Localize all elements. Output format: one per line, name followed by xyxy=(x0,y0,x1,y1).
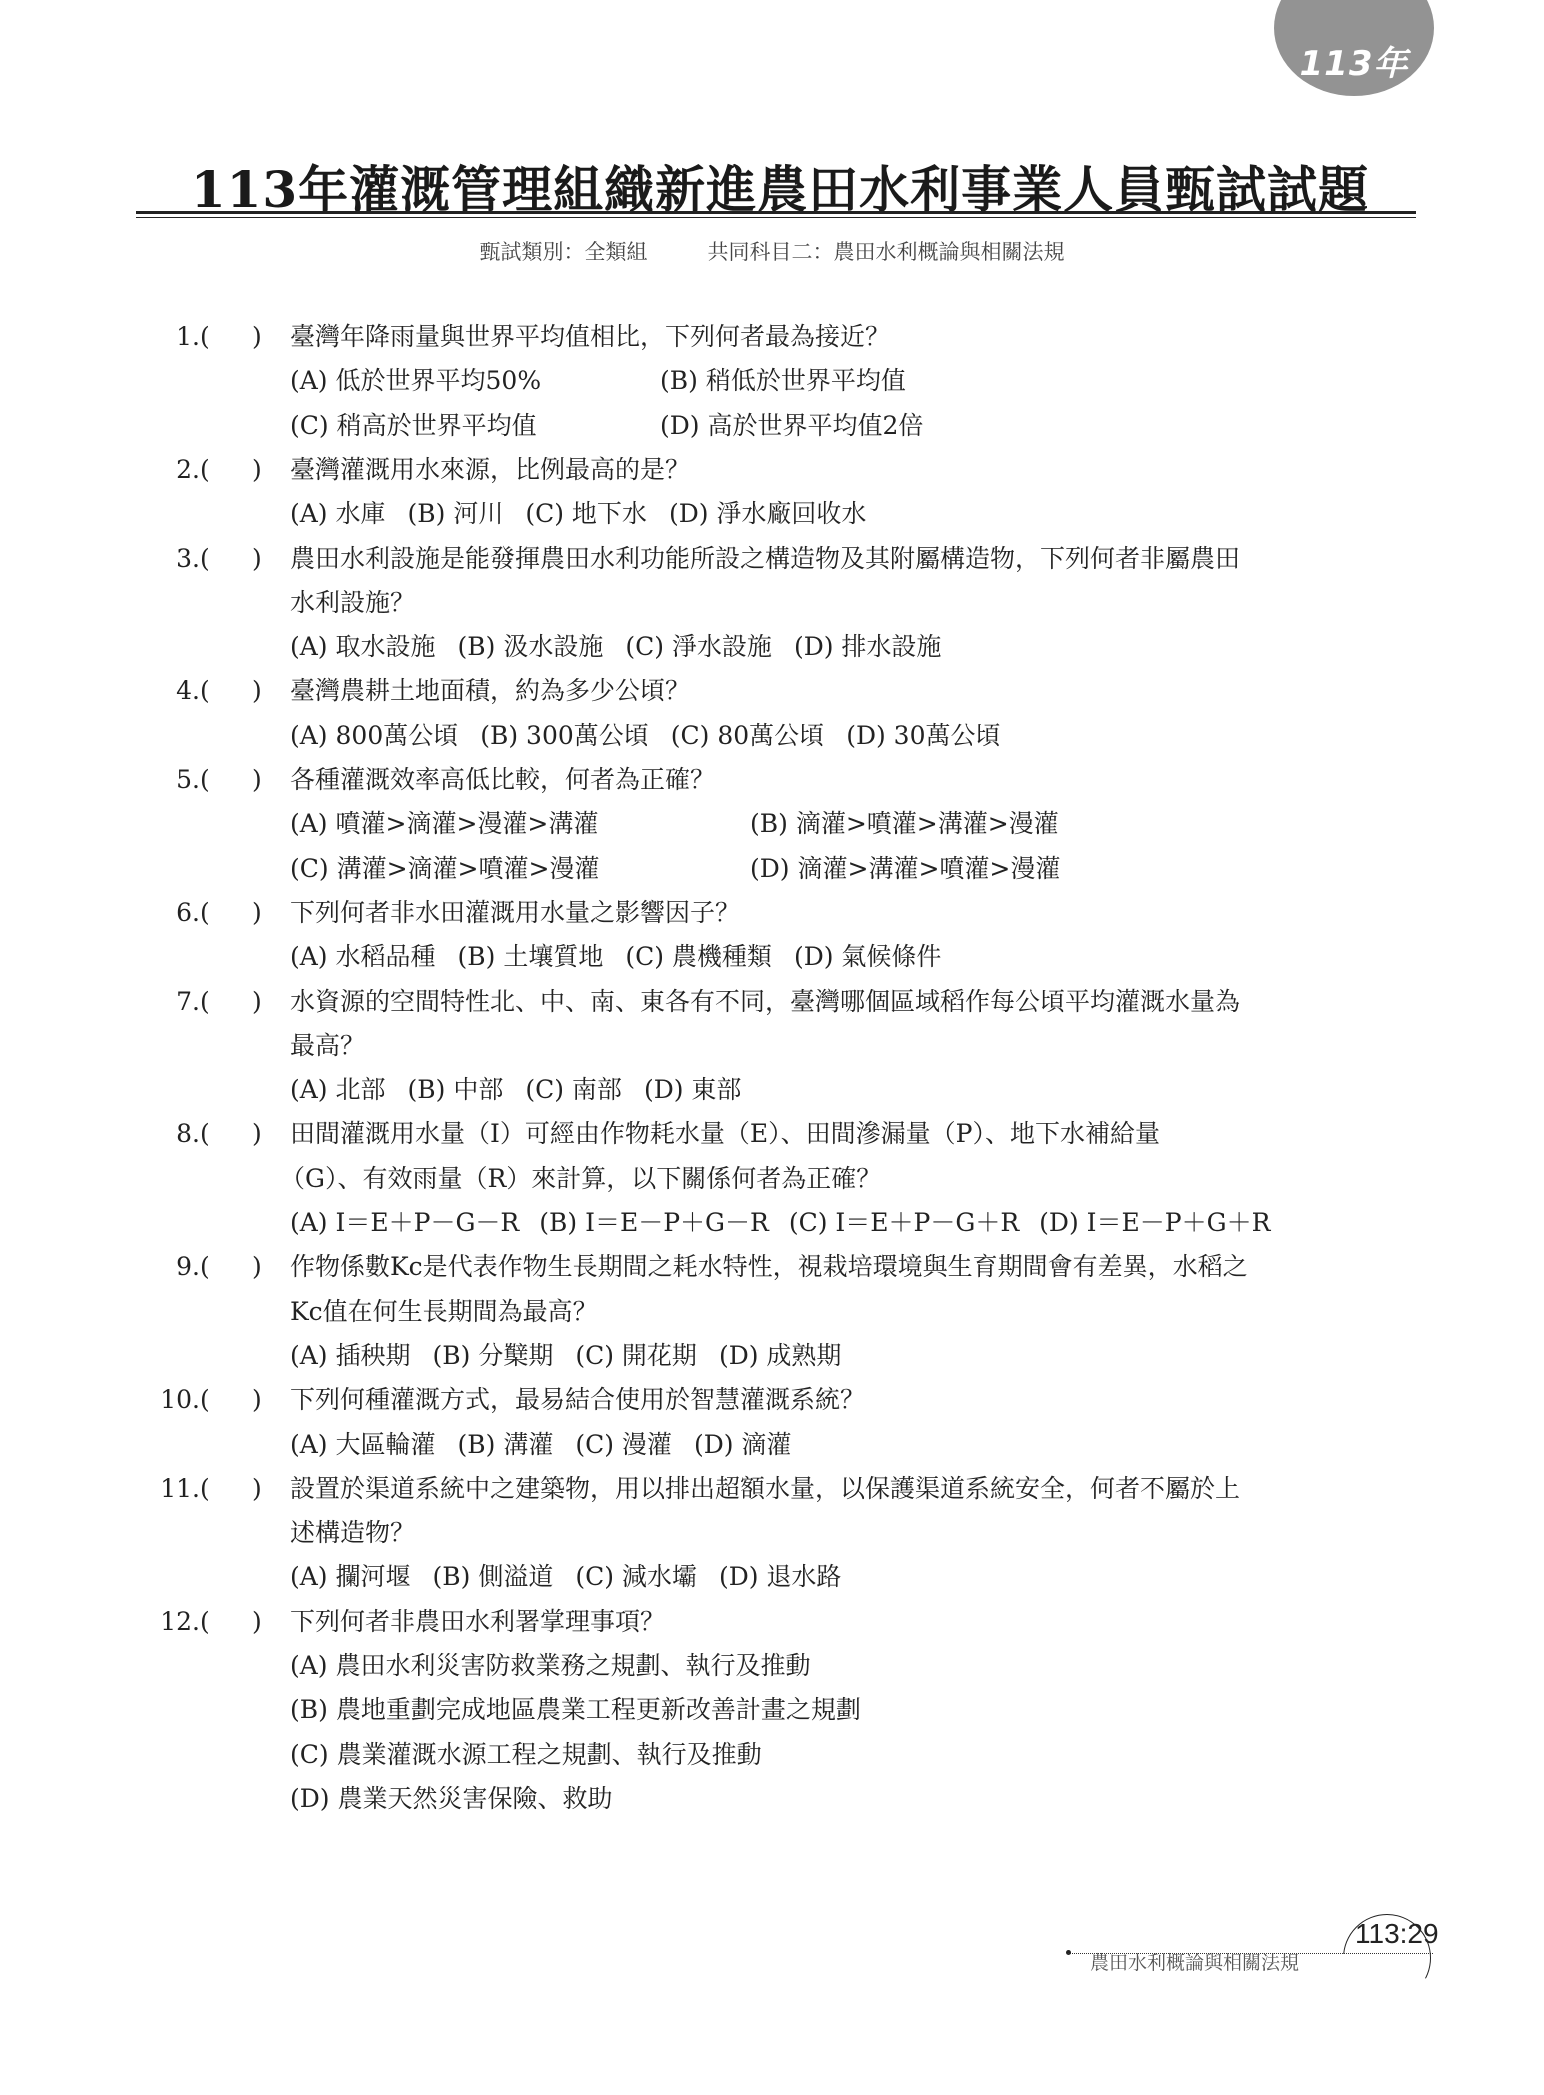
answer-option: (D) 淨水廠回收水 xyxy=(669,499,867,528)
answer-blank-open: ( xyxy=(200,455,210,485)
question-stem: 下列何者非農田水利署掌理事項？ xyxy=(290,1607,665,1637)
question-number: 6. xyxy=(140,898,200,928)
answer-options-row: (A) 水庫(B) 河川(C) 地下水(D) 淨水廠回收水 xyxy=(290,499,888,529)
answer-option: (B) 溝灌 xyxy=(458,1430,554,1459)
question-stem: 田間灌溉用水量（I）可經由作物耗水量（E）、田間滲漏量（P）、地下水補給量 xyxy=(290,1119,1160,1149)
answer-option: (D) 30萬公頃 xyxy=(846,721,1000,750)
answer-option: (C) 開花期 xyxy=(575,1341,697,1370)
answer-options-row: (A) 大區輪灌(B) 溝灌(C) 漫灌(D) 滴灌 xyxy=(290,1430,813,1460)
answer-blank-open: ( xyxy=(200,1474,210,1504)
answer-option: (B) I＝E－P＋G－R xyxy=(539,1208,769,1237)
title-rule-thick xyxy=(136,211,1416,214)
answer-option: (A) 農田水利災害防救業務之規劃、執行及推動 xyxy=(290,1651,811,1680)
question-number: 5. xyxy=(140,765,200,795)
answer-option: (A) 800萬公頃 xyxy=(290,721,458,750)
answer-blank-close: ) xyxy=(252,544,262,574)
page-number: 113:29 xyxy=(1355,1918,1439,1950)
answer-option: (A) 北部 xyxy=(290,1075,386,1104)
answer-blank-open: ( xyxy=(200,676,210,706)
question-number: 2. xyxy=(140,455,200,485)
answer-blank-open: ( xyxy=(200,898,210,928)
answer-option: (B) 土壤質地 xyxy=(458,942,604,971)
answer-option: (D) 滴灌>溝灌>噴灌>漫灌 xyxy=(750,854,1060,884)
answer-option: (B) 300萬公頃 xyxy=(480,721,649,750)
answer-blank-open: ( xyxy=(200,987,210,1017)
answer-options-row: (B) 農地重劃完成地區農業工程更新改善計畫之規劃 xyxy=(290,1695,861,1725)
question-stem: 作物係數Kc是代表作物生長期間之耗水特性，視栽培環境與生育期間會有差異，水稻之 xyxy=(290,1252,1248,1282)
answer-option: (A) I＝E＋P－G－R xyxy=(290,1208,519,1237)
question-stem: 臺灣年降雨量與世界平均值相比，下列何者最為接近？ xyxy=(290,322,890,352)
answer-blank-close: ) xyxy=(252,898,262,928)
question-number: 9. xyxy=(140,1252,200,1282)
answer-blank-open: ( xyxy=(200,765,210,795)
answer-blank-close: ) xyxy=(252,676,262,706)
answer-options-row: (A) 北部(B) 中部(C) 南部(D) 東部 xyxy=(290,1075,763,1105)
answer-option: (C) 漫灌 xyxy=(575,1430,672,1459)
answer-blank-close: ) xyxy=(252,455,262,485)
answer-option: (B) 側溢道 xyxy=(433,1562,554,1591)
question-stem: 農田水利設施是能發揮農田水利功能所設之構造物及其附屬構造物，下列何者非屬農田 xyxy=(290,544,1240,574)
answer-option: (C) I＝E＋P－G＋R xyxy=(789,1208,1019,1237)
answer-options-row: (A) I＝E＋P－G－R(B) I＝E－P＋G－R(C) I＝E＋P－G＋R(… xyxy=(290,1208,1290,1238)
answer-options-row: (A) 取水設施(B) 汲水設施(C) 淨水設施(D) 排水設施 xyxy=(290,632,963,662)
exam-subtitle: 甄試類別：全類組共同科目二：農田水利概論與相關法規 xyxy=(0,236,1544,266)
answer-options-row: (C) 農業灌溉水源工程之規劃、執行及推動 xyxy=(290,1740,762,1770)
answer-blank-close: ) xyxy=(252,1607,262,1637)
answer-blank-close: ) xyxy=(252,322,262,352)
answer-blank-close: ) xyxy=(252,1119,262,1149)
answer-option: (A) 攔河堰 xyxy=(290,1562,411,1591)
answer-option: (C) 南部 xyxy=(525,1075,622,1104)
answer-options-row: (A) 插秧期(B) 分櫱期(C) 開花期(D) 成熟期 xyxy=(290,1341,863,1371)
answer-option: (D) I＝E－P＋G＋R xyxy=(1039,1208,1270,1237)
answer-option: (A) 取水設施 xyxy=(290,632,436,661)
question-stem: 述構造物？ xyxy=(290,1518,415,1548)
answer-option: (D) 成熟期 xyxy=(719,1341,842,1370)
answer-blank-close: ) xyxy=(252,1385,262,1415)
answer-option: (C) 稍高於世界平均值 xyxy=(290,411,537,441)
answer-option: (B) 滴灌>噴灌>溝灌>漫灌 xyxy=(750,809,1059,839)
answer-option: (D) 高於世界平均值2倍 xyxy=(660,411,923,441)
answer-option: (D) 東部 xyxy=(644,1075,742,1104)
answer-option: (A) 低於世界平均50% xyxy=(290,366,541,396)
question-number: 4. xyxy=(140,676,200,706)
question-stem: 下列何種灌溉方式，最易結合使用於智慧灌溉系統？ xyxy=(290,1385,865,1415)
question-stem: （G）、有效雨量（R）來計算，以下關係何者為正確？ xyxy=(280,1164,881,1194)
answer-blank-close: ) xyxy=(252,765,262,795)
question-number: 12. xyxy=(140,1607,200,1637)
answer-option: (C) 淨水設施 xyxy=(625,632,772,661)
answer-option: (D) 滴灌 xyxy=(694,1430,792,1459)
answer-option: (C) 農業灌溉水源工程之規劃、執行及推動 xyxy=(290,1740,762,1769)
answer-option: (B) 河川 xyxy=(408,499,504,528)
answer-blank-open: ( xyxy=(200,322,210,352)
answer-option: (D) 氣候條件 xyxy=(794,942,942,971)
exam-subject: 共同科目二：農田水利概論與相關法規 xyxy=(708,240,1065,264)
answer-option: (A) 噴灌>滴灌>漫灌>溝灌 xyxy=(290,809,598,839)
question-number: 3. xyxy=(140,544,200,574)
answer-blank-open: ( xyxy=(200,544,210,574)
answer-blank-open: ( xyxy=(200,1119,210,1149)
answer-option: (C) 農機種類 xyxy=(625,942,772,971)
year-badge: 113年 xyxy=(1274,0,1434,96)
question-number: 1. xyxy=(140,322,200,352)
question-number: 10. xyxy=(140,1385,200,1415)
answer-blank-close: ) xyxy=(252,1474,262,1504)
question-stem: 下列何者非水田灌溉用水量之影響因子？ xyxy=(290,898,740,928)
question-stem: 水利設施？ xyxy=(290,588,415,618)
title-rule-thin xyxy=(136,217,1416,218)
answer-option: (C) 減水壩 xyxy=(575,1562,697,1591)
answer-options-row: (A) 水稻品種(B) 土壤質地(C) 農機種類(D) 氣候條件 xyxy=(290,942,963,972)
answer-options-row: (D) 農業天然災害保險、救助 xyxy=(290,1784,613,1814)
answer-option: (B) 稍低於世界平均值 xyxy=(660,366,906,396)
answer-options-row: (A) 攔河堰(B) 側溢道(C) 減水壩(D) 退水路 xyxy=(290,1562,863,1592)
answer-option: (D) 排水設施 xyxy=(794,632,942,661)
question-stem: 水資源的空間特性北、中、南、東各有不同，臺灣哪個區域稻作每公頃平均灌溉水量為 xyxy=(290,987,1240,1017)
answer-options-row: (A) 農田水利災害防救業務之規劃、執行及推動 xyxy=(290,1651,811,1681)
answer-option: (C) 地下水 xyxy=(525,499,647,528)
answer-option: (D) 退水路 xyxy=(719,1562,842,1591)
answer-blank-close: ) xyxy=(252,987,262,1017)
answer-option: (C) 溝灌>滴灌>噴灌>漫灌 xyxy=(290,854,599,884)
answer-option: (B) 汲水設施 xyxy=(458,632,604,661)
answer-option: (A) 水稻品種 xyxy=(290,942,436,971)
answer-option: (D) 農業天然災害保險、救助 xyxy=(290,1784,613,1813)
answer-option: (A) 插秧期 xyxy=(290,1341,411,1370)
answer-blank-open: ( xyxy=(200,1385,210,1415)
question-number: 7. xyxy=(140,987,200,1017)
answer-blank-open: ( xyxy=(200,1252,210,1282)
exam-category: 甄試類別：全類組 xyxy=(480,240,648,264)
question-stem: 最高？ xyxy=(290,1031,365,1061)
answer-options-row: (A) 800萬公頃(B) 300萬公頃(C) 80萬公頃(D) 30萬公頃 xyxy=(290,721,1023,751)
answer-option: (A) 水庫 xyxy=(290,499,386,528)
answer-option: (B) 中部 xyxy=(408,1075,504,1104)
answer-option: (B) 分櫱期 xyxy=(433,1341,554,1370)
answer-blank-close: ) xyxy=(252,1252,262,1282)
answer-option: (C) 80萬公頃 xyxy=(671,721,824,750)
year-badge-label: 113年 xyxy=(1274,36,1434,85)
question-number: 8. xyxy=(140,1119,200,1149)
question-stem: 各種灌溉效率高低比較，何者為正確？ xyxy=(290,765,715,795)
question-stem: 臺灣農耕土地面積，約為多少公頃？ xyxy=(290,676,690,706)
answer-option: (B) 農地重劃完成地區農業工程更新改善計畫之規劃 xyxy=(290,1695,861,1724)
question-stem: Kc值在何生長期間為最高？ xyxy=(290,1297,598,1327)
question-number: 11. xyxy=(140,1474,200,1504)
question-stem: 設置於渠道系統中之建築物，用以排出超額水量，以保護渠道系統安全，何者不屬於上 xyxy=(290,1474,1240,1504)
question-stem: 臺灣灌溉用水來源，比例最高的是？ xyxy=(290,455,690,485)
answer-blank-open: ( xyxy=(200,1607,210,1637)
answer-option: (A) 大區輪灌 xyxy=(290,1430,436,1459)
